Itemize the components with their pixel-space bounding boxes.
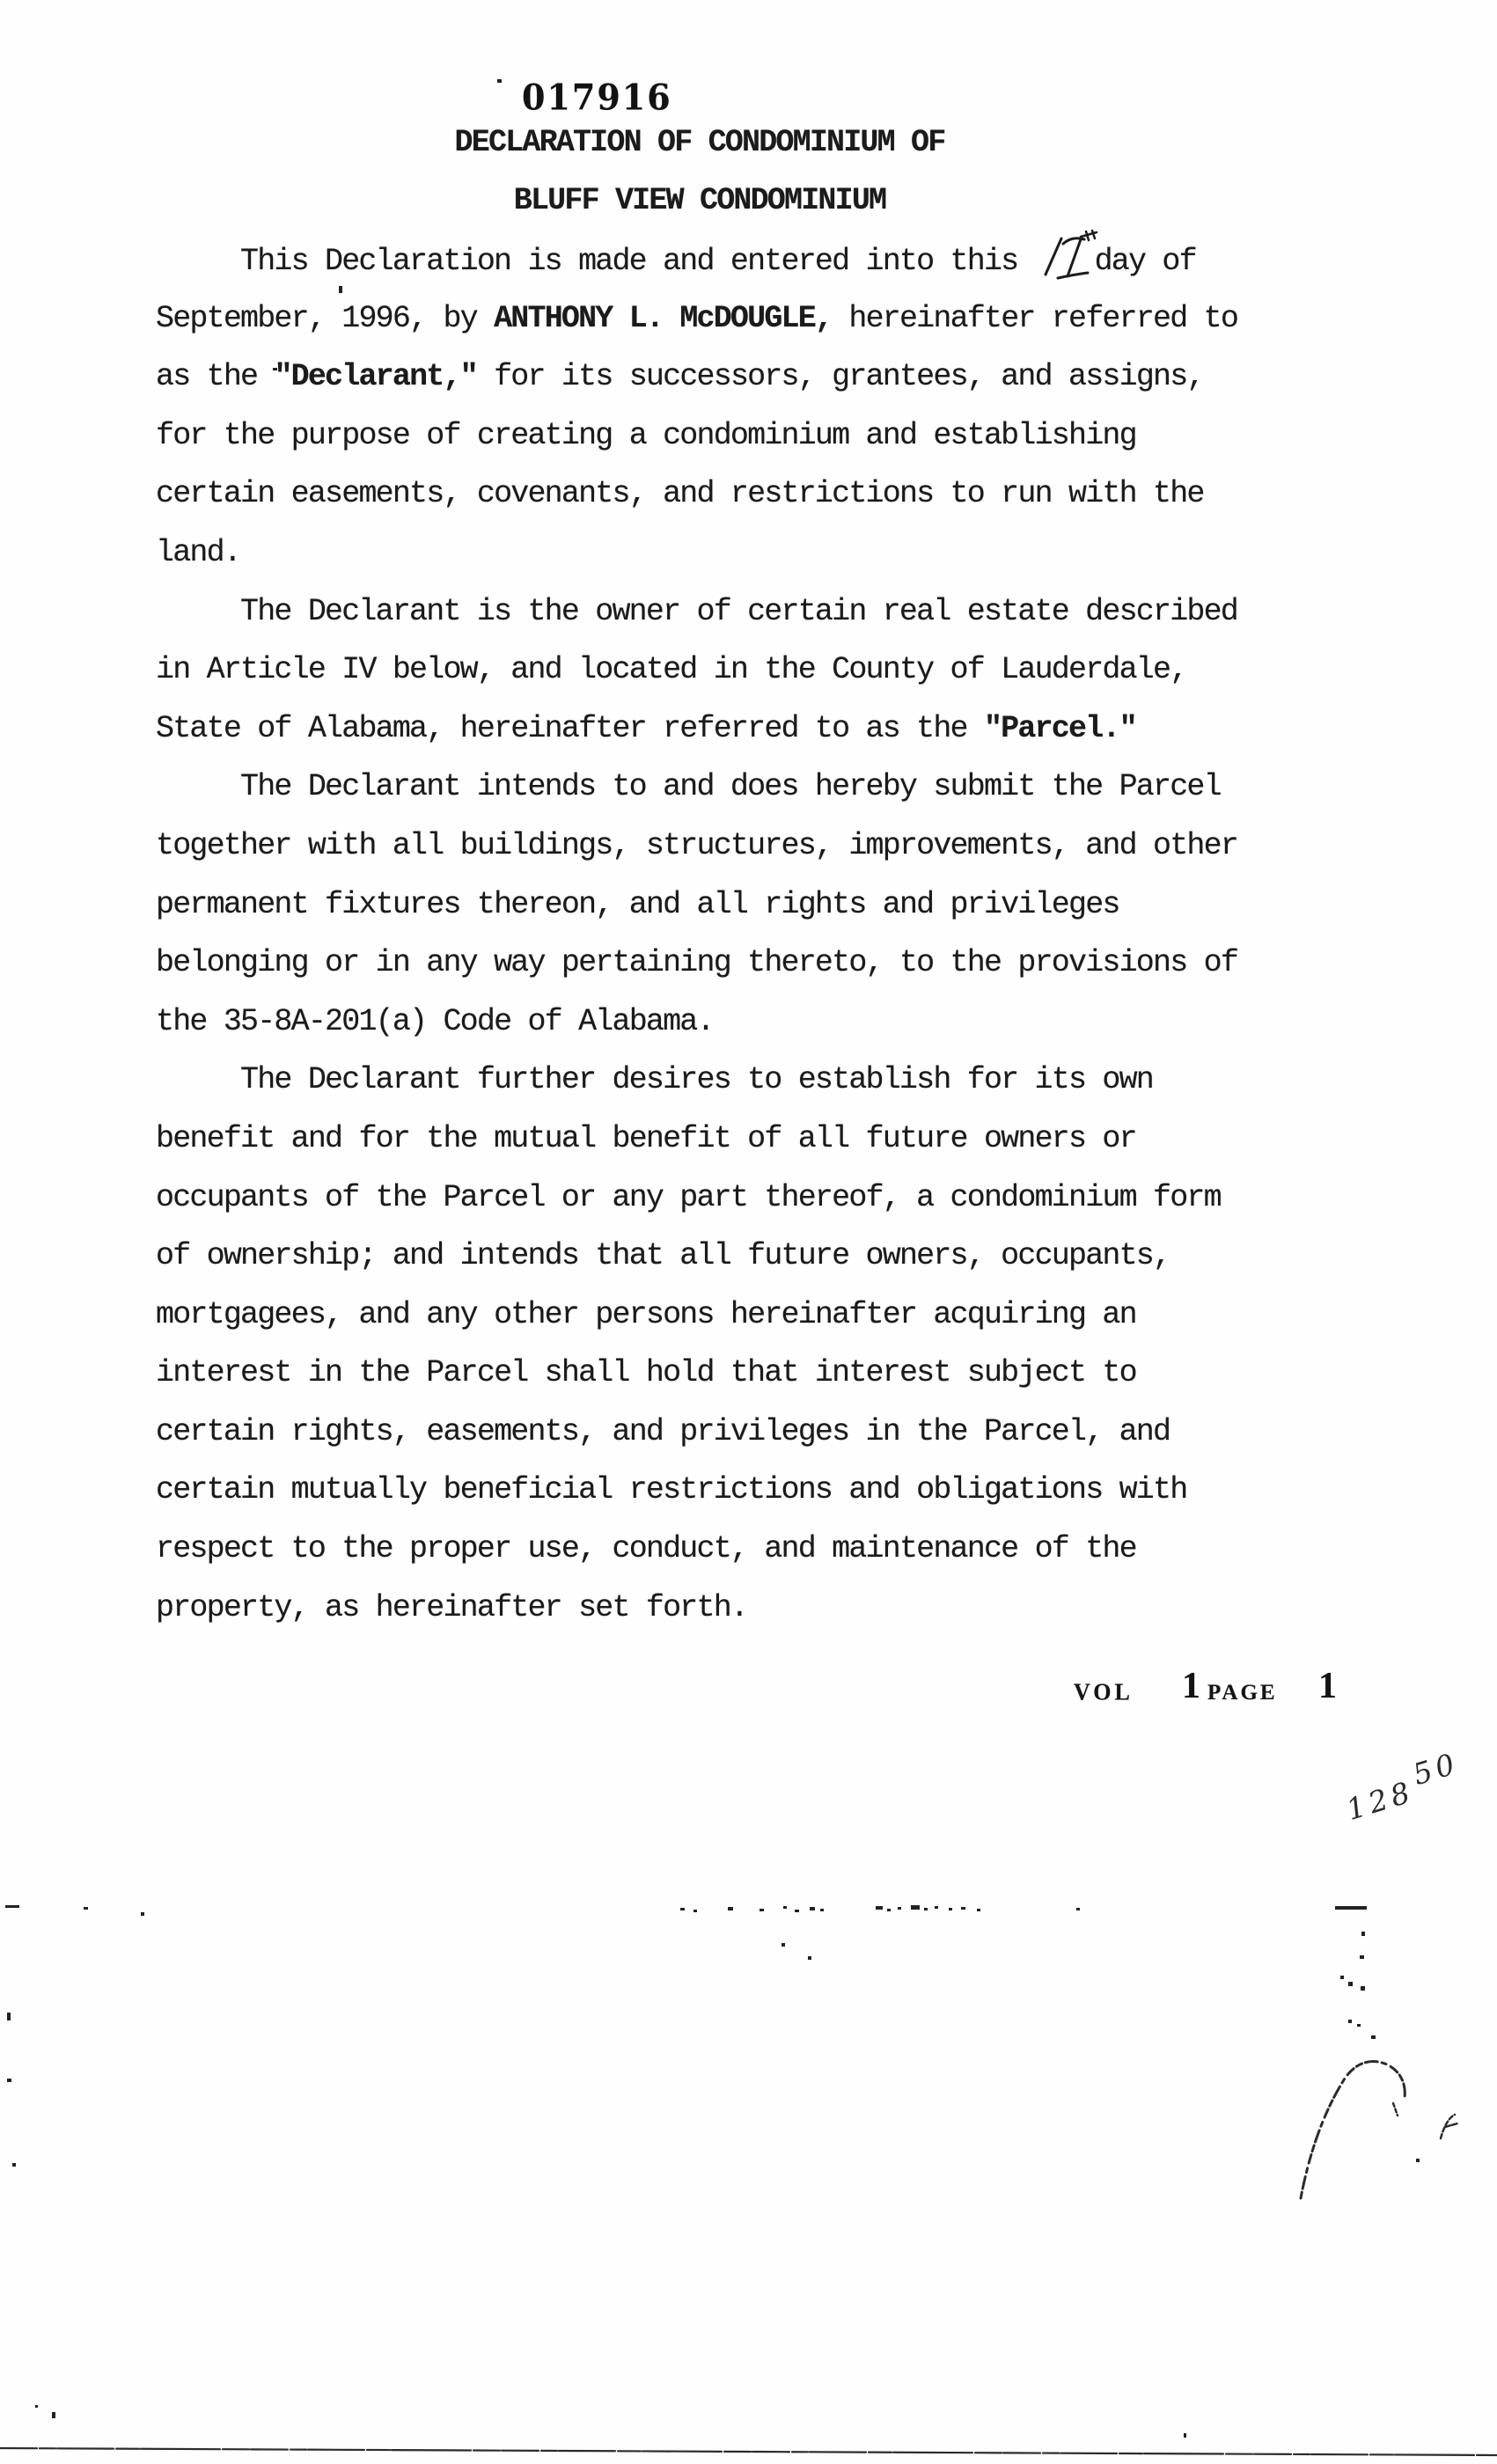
scan-speck bbox=[1348, 1982, 1353, 1986]
scan-speck bbox=[911, 1905, 920, 1910]
text-line: The Declarant intends to and does hereby… bbox=[156, 758, 1326, 817]
text-line: of ownership; and intends that all futur… bbox=[156, 1227, 1326, 1286]
text-segment: permanent fixtures thereon, and all righ… bbox=[156, 887, 1119, 922]
text-segment: certain easements, covenants, and restri… bbox=[156, 476, 1204, 511]
scan-speck bbox=[141, 1912, 144, 1916]
text-line: for the purpose of creating a condominiu… bbox=[156, 407, 1326, 466]
text-line: in Article IV below, and located in the … bbox=[156, 641, 1326, 700]
text-segment: occupants of the Parcel or any part ther… bbox=[156, 1180, 1221, 1215]
text-line: interest in the Parcel shall hold that i… bbox=[156, 1344, 1326, 1403]
scan-speck bbox=[1371, 2035, 1376, 2039]
text-line: occupants of the Parcel or any part ther… bbox=[156, 1169, 1326, 1228]
text-segment: certain rights, easements, and privilege… bbox=[156, 1414, 1170, 1449]
scan-speck bbox=[1360, 1955, 1364, 1959]
scan-speck bbox=[782, 1943, 785, 1947]
document-body: This Declaration is made and entered int… bbox=[156, 231, 1326, 1637]
scan-stray-mark bbox=[1393, 2103, 1398, 2116]
scan-speck bbox=[693, 1910, 697, 1912]
scan-speck bbox=[820, 1909, 824, 1911]
handwritten-note: 12850 bbox=[1342, 1759, 1466, 1827]
text-segment: property, as hereinafter set forth. bbox=[156, 1590, 747, 1625]
bold-text-segment: "Declarant," bbox=[274, 359, 476, 394]
text-segment: hereinafter referred to bbox=[832, 301, 1237, 336]
text-segment: The Declarant intends to and does hereby… bbox=[240, 769, 1221, 804]
scan-speck bbox=[810, 1907, 815, 1910]
text-segment: benefit and for the mutual benefit of al… bbox=[156, 1121, 1136, 1156]
text-segment: for its successors, grantees, and assign… bbox=[477, 359, 1204, 394]
text-line: respect to the proper use, conduct, and … bbox=[156, 1520, 1326, 1579]
scan-speck bbox=[1076, 1908, 1080, 1910]
scan-speck bbox=[1335, 1906, 1367, 1910]
handwritten-day-value bbox=[1038, 231, 1100, 280]
scan-speck bbox=[1184, 2433, 1186, 2438]
scan-speck bbox=[1357, 2024, 1361, 2027]
text-line: together with all buildings, structures,… bbox=[156, 817, 1326, 876]
document-number-stamp: 017916 bbox=[522, 77, 672, 118]
text-segment: interest in the Parcel shall hold that i… bbox=[156, 1355, 1136, 1390]
text-segment: the 35-8A-201(a) Code of Alabama. bbox=[156, 1004, 714, 1039]
scan-speck bbox=[795, 1910, 799, 1912]
text-segment: together with all buildings, structures,… bbox=[156, 828, 1237, 863]
text-segment: September, 1996, by bbox=[156, 301, 494, 336]
scanned-document-page: 017916 DECLARATION OF CONDOMINIUM OF BLU… bbox=[0, 0, 1497, 2464]
text-line: The Declarant is the owner of certain re… bbox=[156, 583, 1326, 642]
scan-speck bbox=[935, 1906, 938, 1909]
vol-stamp-label: VOL bbox=[1074, 1678, 1134, 1706]
scan-speck bbox=[760, 1909, 764, 1911]
text-line: benefit and for the mutual benefit of al… bbox=[156, 1110, 1326, 1169]
text-segment: land. bbox=[156, 535, 240, 570]
scan-speck bbox=[1340, 1976, 1344, 1979]
text-segment: day of bbox=[1095, 244, 1196, 279]
text-line: This Declaration is made and entered int… bbox=[156, 231, 1326, 290]
text-line: The Declarant further desires to establi… bbox=[156, 1051, 1326, 1110]
handwritten-note-part: 50 bbox=[1409, 1746, 1463, 1792]
document-title-line1: DECLARATION OF CONDOMINIUM OF bbox=[156, 125, 1244, 160]
page-stamp-number: 1 bbox=[1318, 1665, 1337, 1707]
text-line: land. bbox=[156, 524, 1326, 583]
text-segment: State of Alabama, hereinafter referred t… bbox=[156, 711, 984, 746]
scan-speck bbox=[728, 1907, 733, 1910]
scan-speck bbox=[7, 2013, 11, 2020]
text-segment: The Declarant is the owner of certain re… bbox=[240, 594, 1237, 629]
text-line: belonging or in any way pertaining there… bbox=[156, 934, 1326, 993]
text-segment: This Declaration is made and entered int… bbox=[240, 244, 1035, 279]
scan-speck bbox=[1348, 2020, 1352, 2023]
scan-speck bbox=[497, 79, 502, 83]
scan-speck bbox=[35, 2405, 38, 2408]
scan-speck bbox=[7, 2079, 11, 2082]
handwritten-note-part: 128 bbox=[1342, 1774, 1418, 1827]
scan-speck bbox=[887, 1909, 891, 1911]
scan-speck bbox=[84, 1907, 88, 1910]
text-segment: of ownership; and intends that all futur… bbox=[156, 1238, 1170, 1273]
scan-speck bbox=[1361, 1932, 1365, 1936]
text-segment: mortgagees, and any other persons herein… bbox=[156, 1297, 1136, 1332]
text-segment: as the bbox=[156, 359, 274, 394]
scan-speck bbox=[5, 1905, 19, 1908]
text-line: September, 1996, by ANTHONY L. McDOUGLE,… bbox=[156, 290, 1326, 348]
vol-stamp-number: 1 bbox=[1182, 1665, 1200, 1707]
scan-speck bbox=[876, 1906, 883, 1910]
text-segment: certain mutually beneficial restrictions… bbox=[156, 1472, 1186, 1507]
scan-stray-mark bbox=[1445, 2123, 1457, 2127]
text-segment: in Article IV below, and located in the … bbox=[156, 652, 1186, 687]
scan-speck bbox=[977, 1909, 980, 1911]
scan-speck bbox=[12, 2163, 16, 2167]
scan-speck bbox=[949, 1908, 952, 1910]
scan-speck bbox=[52, 2412, 55, 2418]
text-segment: for the purpose of creating a condominiu… bbox=[156, 418, 1136, 453]
scan-speck bbox=[1416, 2159, 1420, 2162]
text-line: certain rights, easements, and privilege… bbox=[156, 1403, 1326, 1462]
text-line: property, as hereinafter set forth. bbox=[156, 1579, 1326, 1638]
scan-speck bbox=[961, 1907, 965, 1910]
bold-text-segment: "Parcel." bbox=[984, 711, 1136, 746]
scan-stray-mark bbox=[1441, 2115, 1455, 2138]
text-line: permanent fixtures thereon, and all righ… bbox=[156, 876, 1326, 935]
text-segment: belonging or in any way pertaining there… bbox=[156, 945, 1237, 980]
text-line: State of Alabama, hereinafter referred t… bbox=[156, 700, 1326, 759]
text-line: certain easements, covenants, and restri… bbox=[156, 465, 1326, 524]
scan-speck bbox=[783, 1906, 787, 1909]
text-line: as the "Declarant," for its successors, … bbox=[156, 348, 1326, 407]
text-segment: respect to the proper use, conduct, and … bbox=[156, 1531, 1136, 1566]
scan-speck bbox=[808, 1956, 811, 1960]
document-title-line2: BLUFF VIEW CONDOMINIUM bbox=[156, 183, 1244, 218]
bold-text-segment: ANTHONY L. McDOUGLE, bbox=[494, 301, 832, 336]
text-line: mortgagees, and any other persons herein… bbox=[156, 1286, 1326, 1345]
page-stamp-label: PAGE bbox=[1207, 1681, 1278, 1705]
scan-stray-mark bbox=[0, 2448, 1497, 2455]
scan-stray-mark bbox=[1301, 2062, 1405, 2198]
scan-speck bbox=[1361, 1986, 1365, 1991]
scan-speck bbox=[924, 1908, 928, 1910]
scan-speck bbox=[898, 1907, 901, 1910]
text-line: the 35-8A-201(a) Code of Alabama. bbox=[156, 993, 1326, 1052]
scan-speck bbox=[680, 1908, 685, 1910]
text-segment: The Declarant further desires to establi… bbox=[240, 1062, 1153, 1097]
text-line: certain mutually beneficial restrictions… bbox=[156, 1461, 1326, 1520]
